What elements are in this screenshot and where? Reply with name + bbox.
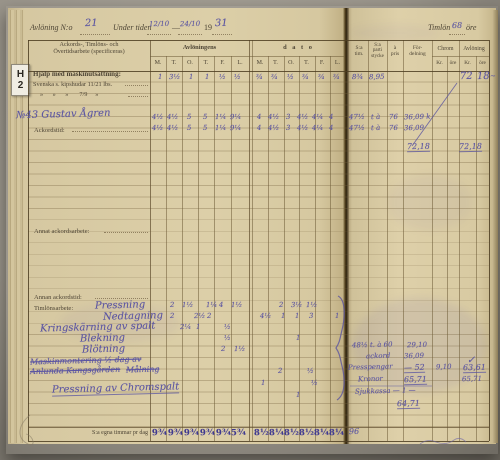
annat-ackordsarbete-label: Annat ackordsarbete:: [34, 229, 89, 236]
grid-vline: [284, 56, 285, 441]
stamped-number: 8½: [284, 429, 299, 438]
index-tab-number: 2: [18, 80, 24, 91]
week1-header: Avlöningens: [150, 45, 249, 52]
handwriting-entry: ½: [234, 74, 241, 81]
handwriting-entry: 65,71: [404, 376, 427, 386]
handwriting-entry: 1¼: [215, 125, 226, 132]
handwriting-entry: 21: [85, 19, 98, 29]
avloning-no-label: Avlöning N:o: [30, 24, 72, 32]
stamped-number: 8¼: [314, 429, 329, 438]
handwriting-entry: 2: [221, 346, 226, 353]
section1-line3: » » » 7/9 »: [40, 92, 98, 99]
col-avloning-ore: öre: [476, 61, 489, 67]
timlonsarbete-label: Timlönsarbete:: [34, 306, 73, 313]
grid-vline: [447, 56, 448, 441]
handwriting-entry: 2: [278, 368, 283, 375]
grid-hline: [28, 441, 489, 442]
handwriting-entry: 1: [205, 74, 210, 81]
handwriting-entry: 1: [261, 380, 266, 387]
col-chrom-kr: Kr.: [432, 61, 447, 67]
handwriting-entry: ½: [219, 74, 226, 81]
stamped-number: 9¾: [184, 429, 199, 438]
col-chrom: Chrom: [432, 46, 459, 52]
handwriting-entry: 3½: [291, 302, 302, 309]
handwriting-entry: 2: [170, 313, 175, 320]
handwriting-entry: ¾: [318, 74, 325, 81]
grid-vline: [489, 40, 490, 441]
day-col-w2-mon: M.: [252, 60, 268, 66]
under-tiden-label: Under tiden: [113, 24, 151, 32]
handwriting-entry: 72,18: [459, 143, 482, 153]
handwriting-entry: 4½: [297, 125, 308, 132]
handwriting-entry: 36,09 k: [404, 114, 431, 122]
handwriting-entry: 3: [309, 313, 314, 320]
grid-vline: [28, 40, 29, 441]
section1-line2: Svenska s. kipshudar 11/21 lbs.: [33, 82, 112, 89]
handwriting-entry: — 52: [404, 364, 425, 374]
handwriting-entry: 1: [335, 313, 340, 320]
stamped-number: 9¾: [216, 429, 231, 438]
handwriting-entry: 5: [187, 114, 192, 121]
handwriting-entry: 3½: [169, 74, 180, 81]
stamped-number: 9¾: [152, 429, 167, 438]
col-fordelning: För-delning: [403, 46, 432, 58]
handwriting-entry: ackord: [366, 353, 391, 361]
handwriting-entry: ¾: [302, 74, 309, 81]
week2-header: d a t o: [252, 45, 345, 52]
handwriting-entry: 4½: [260, 313, 271, 320]
day-col-w1-fri: F.: [214, 60, 231, 66]
handwriting-entry: 4½: [167, 125, 178, 132]
handwriting-entry: 1¼: [206, 302, 217, 309]
handwriting-entry: 4: [257, 125, 262, 132]
handwriting-entry: 3: [286, 125, 291, 132]
dotted-leader: [128, 89, 148, 97]
handwriting-entry: 2: [170, 302, 175, 309]
handwriting-entry: ¾: [271, 74, 278, 81]
grid-hline: [432, 56, 489, 57]
handwriting-entry: ½: [287, 74, 294, 81]
handwriting-entry: 5: [203, 125, 208, 132]
scanned-payroll-book-photo: Avlöning N:o Under tiden — 19 Timlön öre…: [0, 0, 500, 460]
stamped-number: 5¾: [231, 429, 246, 438]
handwriting-entry: 5: [203, 114, 208, 121]
handwriting-entry: 4½: [297, 114, 308, 121]
handwriting-entry: 5: [187, 125, 192, 132]
grid-vline: [249, 40, 250, 441]
dotted-leader: [104, 225, 148, 233]
col-sa-parti: S:apartistycke: [368, 43, 387, 59]
handwriting-entry: 8,95: [369, 74, 385, 81]
handwriting-entry: 1½: [231, 302, 242, 309]
handwriting-entry: 1: [189, 74, 194, 81]
grid-vline: [252, 40, 253, 441]
handwriting-entry: 76: [389, 125, 398, 132]
day-col-w1-tue: T.: [166, 60, 182, 66]
handwriting-entry: 1: [295, 313, 300, 320]
annan-ackordstid-label: Annan ackordstid:: [34, 295, 82, 302]
grid-vline: [432, 40, 433, 441]
grid-vline: [198, 56, 199, 441]
desc-header-line2: Övertidsarbete (specificeras): [30, 49, 148, 56]
handwriting-entry: 4½: [268, 125, 279, 132]
timlon-label: Timlön: [428, 24, 450, 32]
handwriting-entry: 9¼: [230, 125, 241, 132]
handwriting-entry: Målning: [126, 366, 160, 375]
handwriting-entry: 2¼: [180, 324, 191, 331]
handwriting-entry: 36,09: [404, 125, 424, 133]
handwriting-entry: 4¼: [312, 125, 323, 132]
grid-vline: [476, 56, 477, 441]
stamped-number: 8¼: [269, 429, 284, 438]
handwriting-entry: ½: [307, 368, 314, 375]
handwriting-entry: 3: [286, 114, 291, 121]
day-col-w2-fri: F.: [314, 60, 330, 66]
handwriting-entry: 47½: [349, 125, 365, 132]
handwriting-entry: 72: [460, 72, 473, 82]
footer-label: S:a egna timmar pr dag: [40, 430, 148, 436]
handwriting-entry: 2½: [194, 313, 205, 320]
handwriting-entry: 36,09: [404, 353, 424, 361]
grid-hline: [150, 56, 345, 57]
handwriting-entry: 2: [207, 313, 212, 320]
handwriting-entry: 76: [389, 114, 398, 121]
handwriting-entry: 4½: [167, 114, 178, 121]
handwriting-entry: 31: [215, 19, 228, 29]
grid-vline: [459, 40, 460, 441]
ackordstid-label: Ackordstid:: [34, 128, 65, 135]
handwriting-entry: ∼: [490, 73, 496, 80]
handwriting-entry: 4½: [152, 114, 163, 121]
handwriting-entry: 1: [281, 313, 286, 320]
handwriting-entry: 47½: [349, 114, 365, 121]
handwriting-entry: 1: [296, 335, 301, 342]
dotted-leader: [95, 291, 148, 299]
grid-vline: [182, 56, 183, 441]
handwriting-entry: ✓: [467, 356, 476, 366]
day-col-w1-wed: O.: [182, 60, 198, 66]
stamped-number: 8½: [299, 429, 314, 438]
handwriting-entry: ¾: [333, 74, 340, 81]
col-avloning-kr: Kr.: [459, 61, 476, 67]
handwriting-entry: 1½: [182, 302, 193, 309]
stamped-number: 9¾: [200, 429, 215, 438]
stamped-number: 8¼: [329, 429, 344, 438]
grid-vline: [150, 40, 151, 441]
handwriting-entry: 4: [329, 125, 334, 132]
handwriting-entry: 4: [329, 114, 334, 121]
handwriting-entry: 4¼: [312, 114, 323, 121]
handwriting-entry: 96: [349, 428, 359, 436]
handwriting-entry: 1: [296, 392, 301, 399]
dotted-leader: [72, 124, 148, 132]
day-col-w2-wed: O.: [283, 60, 299, 66]
handwriting-entry: ½: [311, 380, 318, 387]
handwriting-entry: 68: [452, 22, 462, 30]
handwriting-entry: 1: [196, 324, 201, 331]
stamped-number: 8½: [254, 429, 269, 438]
handwriting-entry: 12/10: [149, 21, 169, 29]
handwriting-entry: ¾: [256, 74, 263, 81]
year-print: 19: [204, 24, 212, 32]
handwriting-entry: Blötning: [82, 344, 125, 355]
handwriting-entry: 1: [158, 74, 163, 81]
handwriting-entry: 4: [219, 302, 224, 309]
handwriting-entry: 4: [257, 114, 262, 121]
day-col-w1-sat: L.: [231, 60, 249, 66]
handwriting-entry: Presspengar: [348, 363, 393, 371]
index-tab-letter: H: [17, 69, 24, 80]
handwriting-entry: t à: [371, 114, 380, 121]
handwriting-entry: ½: [224, 335, 231, 342]
dotted-leader: [125, 78, 148, 86]
col-sa-tim: S:atim.: [350, 46, 368, 58]
col-chrom-ore: öre: [447, 61, 459, 67]
handwriting-entry: 1½: [234, 346, 245, 353]
handwriting-entry: 18: [477, 72, 490, 82]
timlon-unit: öre: [466, 24, 476, 32]
handwriting-entry: 1¼: [215, 114, 226, 121]
handwriting-entry: 72,18: [407, 143, 430, 153]
handwriting-entry: 9,10: [436, 364, 452, 371]
stamped-number: 9¾: [168, 429, 183, 438]
grid-vline: [387, 40, 388, 441]
handwriting-entry: 1½: [306, 302, 317, 309]
day-col-w1-mon: M.: [150, 60, 166, 66]
handwriting-entry: 29,10: [407, 342, 427, 350]
day-col-w2-thu: T.: [299, 60, 314, 66]
handwriting-entry: 4½: [152, 125, 163, 132]
handwriting-entry: ½: [224, 324, 231, 331]
col-avloning: Avlöning: [459, 46, 489, 52]
day-col-w2-tue: T.: [268, 60, 283, 66]
handwriting-entry: 8¾: [352, 74, 363, 81]
handwriting-entry: t à: [371, 125, 380, 132]
col-a-pris: àpris: [387, 46, 403, 58]
handwriting-entry: 2: [279, 302, 284, 309]
day-col-w2-sat: L.: [330, 60, 345, 66]
handwriting-entry: Kronor: [358, 376, 383, 384]
handwriting-entry: 48½ t. à 60: [352, 341, 393, 349]
day-col-w1-thu: T.: [198, 60, 214, 66]
handwriting-entry: 4½: [268, 114, 279, 121]
handwriting-entry: 9¼: [230, 114, 241, 121]
handwriting-entry: 65,71: [462, 376, 482, 384]
handwriting-entry: 24/10: [180, 21, 200, 29]
section1-title: Hjälp med maskinutsättning:: [33, 71, 121, 78]
handwriting-entry: 64,71: [397, 400, 420, 410]
